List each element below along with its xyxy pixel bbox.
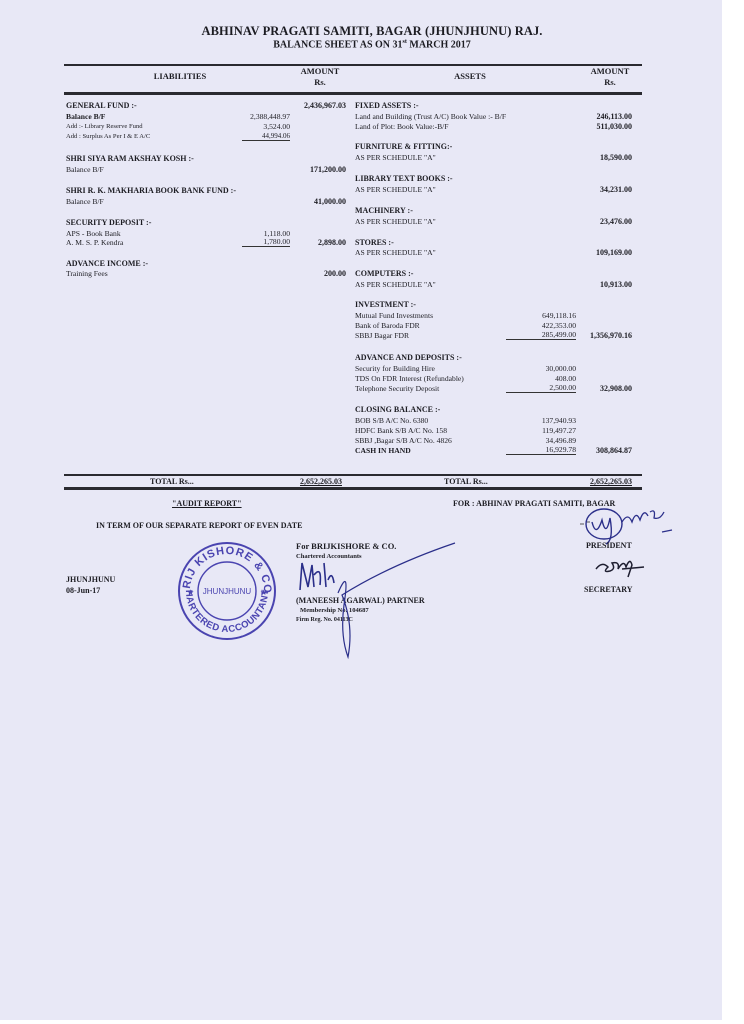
assets-header: ASSETS [430,71,510,81]
general-fund-row-amount: 2,388,448.97 [230,112,290,121]
organization-title: ABHINAV PRAGATI SAMITI, BAGAR (JHUNJHUNU… [0,24,744,39]
advance-deposits-row-amount: 30,000.00 [518,364,576,373]
furniture-total: 18,590.00 [560,153,632,162]
general-fund-row-amount: 3,524.00 [230,122,290,131]
furniture-heading: FURNITURE & FITTING:- [355,142,452,151]
assets-total-label: TOTAL Rs... [444,477,488,486]
advance-deposits-heading: ADVANCE AND DEPOSITS :- [355,353,462,362]
closing-balance-row-label: SBBJ ,Bagar S/B A/C No. 4826 [355,436,452,445]
siya-ram-heading: SHRI SIYA RAM AKSHAY KOSH :- [66,154,194,163]
fixed-assets-row-amount: 511,030.00 [560,122,632,131]
balance-sheet-subtitle: BALANCE SHEET AS ON 31st MARCH 2017 [0,39,744,50]
partner-signature-icon [290,535,470,665]
fixed-assets-row-label: Land of Plot: Book Value:-B/F [355,122,449,131]
investment-total: 1,356,970.16 [560,331,632,340]
makharia-total: 41,000.00 [270,197,346,206]
advance-deposits-row-label: Telephone Security Deposit [355,384,439,393]
investment-row-amount: 422,353.00 [518,321,576,330]
furniture-label: AS PER SCHEDULE "A" [355,153,436,162]
siya-ram-label: Balance B/F [66,165,104,174]
assets-currency-header: Rs. [580,77,640,87]
advance-income-heading: ADVANCE INCOME :- [66,259,148,268]
security-deposit-row-label: A. M. S. P. Kendra [66,238,123,247]
general-fund-heading: GENERAL FUND :- [66,101,137,110]
library-books-label: AS PER SCHEDULE "A" [355,185,436,194]
totals-top-rule [64,474,642,476]
advance-deposits-row-label: Security for Building Hire [355,364,435,373]
closing-balance-heading: CLOSING BALANCE :- [355,405,440,414]
general-fund-row-amount: 44,994.06 [242,132,290,141]
stamp-seal-icon: BRIJ KISHORE & CO. CHARTERED ACCOUNTANTS… [176,540,278,642]
fixed-assets-row-amount: 246,113.00 [560,112,632,121]
stores-total: 109,169.00 [560,248,632,257]
liabilities-amount-header: AMOUNT [290,66,350,76]
closing-balance-row-amount: 119,497.27 [518,426,576,435]
investment-row-label: Mutual Fund Investments [355,311,433,320]
investment-row-label: Bank of Baroda FDR [355,321,420,330]
advance-deposits-total: 32,908.00 [560,384,632,393]
closing-balance-row-label: BOB S/B A/C No. 6380 [355,416,428,425]
report-note: IN TERM OF OUR SEPARATE REPORT OF EVEN D… [96,521,302,530]
makharia-heading: SHRI R. K. MAKHARIA BOOK BANK FUND :- [66,186,236,195]
cash-in-hand-label: CASH IN HAND [355,446,411,455]
audit-report-heading: "AUDIT REPORT" [172,499,242,508]
liabilities-header: LIABILITIES [120,71,240,81]
machinery-heading: MACHINERY :- [355,206,413,215]
closing-balance-row-amount: 34,496.89 [518,436,576,445]
investment-row-label: SBBJ Bagar FDR [355,331,409,340]
general-fund-row-label: Balance B/F [66,112,105,121]
closing-balance-row-amount: 137,940.93 [518,416,576,425]
computers-label: AS PER SCHEDULE "A" [355,280,436,289]
general-fund-row-label: Add : Surplus As Per I & E A/C [66,133,150,140]
library-books-total: 34,231.00 [560,185,632,194]
computers-heading: COMPUTERS :- [355,269,413,278]
stores-heading: STORES :- [355,238,394,247]
president-label: PRESIDENT [586,541,632,550]
assets-grand-total: 2,652,265.03 [560,477,632,486]
advance-deposits-row-label: TDS On FDR Interest (Refundable) [355,374,464,383]
header-bottom-rule [64,92,642,95]
subtitle-text: BALANCE SHEET AS ON 31 [273,39,402,50]
security-deposit-total: 2,898.00 [270,238,346,247]
assets-amount-header: AMOUNT [580,66,640,76]
svg-text:★: ★ [260,588,267,597]
investment-row-amount: 649,118.16 [518,311,576,320]
library-books-heading: LIBRARY TEXT BOOKS :- [355,174,453,183]
liabilities-total-label: TOTAL Rs... [150,477,194,486]
place: JHUNJHUNU [66,575,115,584]
security-deposit-heading: SECURITY DEPOSIT :- [66,218,151,227]
auditor-stamp: BRIJ KISHORE & CO. CHARTERED ACCOUNTANTS… [176,540,278,642]
siya-ram-total: 171,200.00 [270,165,346,174]
fixed-assets-row-label: Land and Building (Trust A/C) Book Value… [355,112,506,121]
secretary-label: SECRETARY [584,585,632,594]
header-top-rule [64,64,642,66]
date: 08-Jun-17 [66,586,100,595]
general-fund-total: 2,436,967.03 [270,101,346,110]
svg-text:★: ★ [187,588,194,597]
makharia-label: Balance B/F [66,197,104,206]
advance-deposits-row-amount: 408.00 [518,374,576,383]
totals-bottom-rule [64,487,642,490]
investment-heading: INVESTMENT :- [355,300,416,309]
secretary-signature-icon [592,553,652,579]
closing-balance-row-label: HDFC Bank S/B A/C No. 158 [355,426,447,435]
svg-text:BRIJ KISHORE & CO.: BRIJ KISHORE & CO. [176,540,273,594]
stores-label: AS PER SCHEDULE "A" [355,248,436,257]
liabilities-grand-total: 2,652,265.03 [300,477,342,486]
general-fund-row-label: Add :- Library Reserve Fund [66,123,143,130]
svg-text:JHUNJHUNU: JHUNJHUNU [203,587,252,596]
liabilities-currency-header: Rs. [290,77,350,87]
machinery-total: 23,476.00 [560,217,632,226]
machinery-label: AS PER SCHEDULE "A" [355,217,436,226]
fixed-assets-heading: FIXED ASSETS :- [355,101,419,110]
computers-total: 10,913.00 [560,280,632,289]
subtitle-date: MARCH 2017 [407,39,471,50]
closing-balance-total: 308,864.87 [560,446,632,455]
advance-income-total: 200.00 [270,269,346,278]
security-deposit-row-label: APS - Book Bank [66,229,121,238]
advance-income-label: Training Fees [66,269,108,278]
